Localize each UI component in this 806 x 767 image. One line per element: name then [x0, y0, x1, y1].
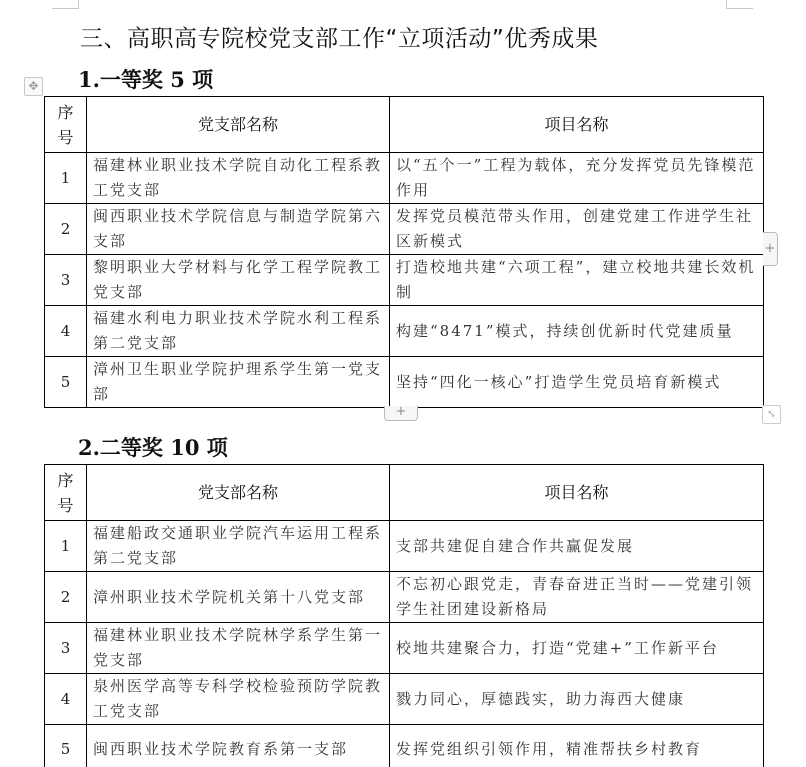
- cell-seq[interactable]: 3: [45, 255, 87, 306]
- table-resize-handle-icon[interactable]: ⤡: [762, 405, 781, 424]
- cell-project[interactable]: 坚持“四化一核心”打造学生党员培育新模式: [390, 357, 764, 408]
- cell-project[interactable]: 以“五个一”工程为载体，充分发挥党员先锋模范作用: [390, 153, 764, 204]
- cell-branch[interactable]: 漳州卫生职业学院护理系学生第一党支部: [87, 357, 390, 408]
- table-row: 1 福建林业职业技术学院自动化工程系教工党支部 以“五个一”工程为载体，充分发挥…: [45, 153, 764, 204]
- cell-project[interactable]: 发挥党员模范带头作用，创建党建工作进学生社区新模式: [390, 204, 764, 255]
- cell-seq[interactable]: 5: [45, 357, 87, 408]
- add-column-button[interactable]: +: [763, 232, 778, 266]
- header-branch-name: 党支部名称: [87, 97, 390, 153]
- table-row: 4 福建水利电力职业技术学院水利工程系第二党支部 构建“8471”模式，持续创优…: [45, 306, 764, 357]
- document-title: 三、高职高专院校党支部工作“立项活动”优秀成果: [80, 20, 598, 53]
- section-heading-second-prize: 2.二等奖 10 项: [78, 432, 228, 462]
- cell-branch[interactable]: 泉州医学高等专科学校检验预防学院教工党支部: [87, 674, 390, 725]
- cell-project[interactable]: 校地共建聚合力，打造“党建+”工作新平台: [390, 623, 764, 674]
- cell-branch[interactable]: 福建船政交通职业学院汽车运用工程系第二党支部: [87, 521, 390, 572]
- table-header-row: 序号 党支部名称 项目名称: [45, 97, 764, 153]
- second-prize-table: 序号 党支部名称 项目名称 1 福建船政交通职业学院汽车运用工程系第二党支部 支…: [44, 464, 764, 767]
- cell-seq[interactable]: 3: [45, 623, 87, 674]
- header-seq: 序号: [45, 97, 87, 153]
- section-heading-first-prize: 1.一等奖 5 项: [78, 64, 213, 94]
- page-margin-corner-top-left: [52, 0, 79, 9]
- cell-project[interactable]: 发挥党组织引领作用，精准帮扶乡村教育: [390, 725, 764, 767]
- cell-project[interactable]: 构建“8471”模式，持续创优新时代党建质量: [390, 306, 764, 357]
- table-header-row: 序号 党支部名称 项目名称: [45, 465, 764, 521]
- header-seq: 序号: [45, 465, 87, 521]
- cell-branch[interactable]: 闽西职业技术学院教育系第一支部: [87, 725, 390, 767]
- cell-seq[interactable]: 2: [45, 204, 87, 255]
- table-row: 1 福建船政交通职业学院汽车运用工程系第二党支部 支部共建促自建合作共赢促发展: [45, 521, 764, 572]
- table-row: 5 闽西职业技术学院教育系第一支部 发挥党组织引领作用，精准帮扶乡村教育: [45, 725, 764, 767]
- table-move-handle-icon[interactable]: ✥: [24, 77, 43, 96]
- cell-branch[interactable]: 漳州职业技术学院机关第十八党支部: [87, 572, 390, 623]
- cell-seq[interactable]: 1: [45, 521, 87, 572]
- table-row: 2 漳州职业技术学院机关第十八党支部 不忘初心跟党走，青春奋进正当时——党建引领…: [45, 572, 764, 623]
- cell-branch[interactable]: 福建林业职业技术学院林学系学生第一党支部: [87, 623, 390, 674]
- cell-project[interactable]: 不忘初心跟党走，青春奋进正当时——党建引领学生社团建设新格局: [390, 572, 764, 623]
- cell-branch[interactable]: 福建水利电力职业技术学院水利工程系第二党支部: [87, 306, 390, 357]
- cell-branch[interactable]: 福建林业职业技术学院自动化工程系教工党支部: [87, 153, 390, 204]
- cell-seq[interactable]: 4: [45, 674, 87, 725]
- cell-branch[interactable]: 黎明职业大学材料与化学工程学院教工党支部: [87, 255, 390, 306]
- cell-seq[interactable]: 2: [45, 572, 87, 623]
- table-row: 5 漳州卫生职业学院护理系学生第一党支部 坚持“四化一核心”打造学生党员培育新模…: [45, 357, 764, 408]
- cell-project[interactable]: 支部共建促自建合作共赢促发展: [390, 521, 764, 572]
- cell-project[interactable]: 戮力同心，厚德践实，助力海西大健康: [390, 674, 764, 725]
- table-row: 3 福建林业职业技术学院林学系学生第一党支部 校地共建聚合力，打造“党建+”工作…: [45, 623, 764, 674]
- table-row: 3 黎明职业大学材料与化学工程学院教工党支部 打造校地共建“六项工程”，建立校地…: [45, 255, 764, 306]
- cell-seq[interactable]: 5: [45, 725, 87, 767]
- cell-seq[interactable]: 4: [45, 306, 87, 357]
- first-prize-table: 序号 党支部名称 项目名称 1 福建林业职业技术学院自动化工程系教工党支部 以“…: [44, 96, 764, 408]
- header-branch-name: 党支部名称: [87, 465, 390, 521]
- table-row: 2 闽西职业技术学院信息与制造学院第六支部 发挥党员模范带头作用，创建党建工作进…: [45, 204, 764, 255]
- cell-seq[interactable]: 1: [45, 153, 87, 204]
- header-project-name: 项目名称: [390, 97, 764, 153]
- cell-branch[interactable]: 闽西职业技术学院信息与制造学院第六支部: [87, 204, 390, 255]
- cell-project[interactable]: 打造校地共建“六项工程”，建立校地共建长效机制: [390, 255, 764, 306]
- table-row: 4 泉州医学高等专科学校检验预防学院教工党支部 戮力同心，厚德践实，助力海西大健…: [45, 674, 764, 725]
- page-margin-corner-top-right: [726, 0, 753, 9]
- add-row-button[interactable]: +: [384, 406, 418, 421]
- header-project-name: 项目名称: [390, 465, 764, 521]
